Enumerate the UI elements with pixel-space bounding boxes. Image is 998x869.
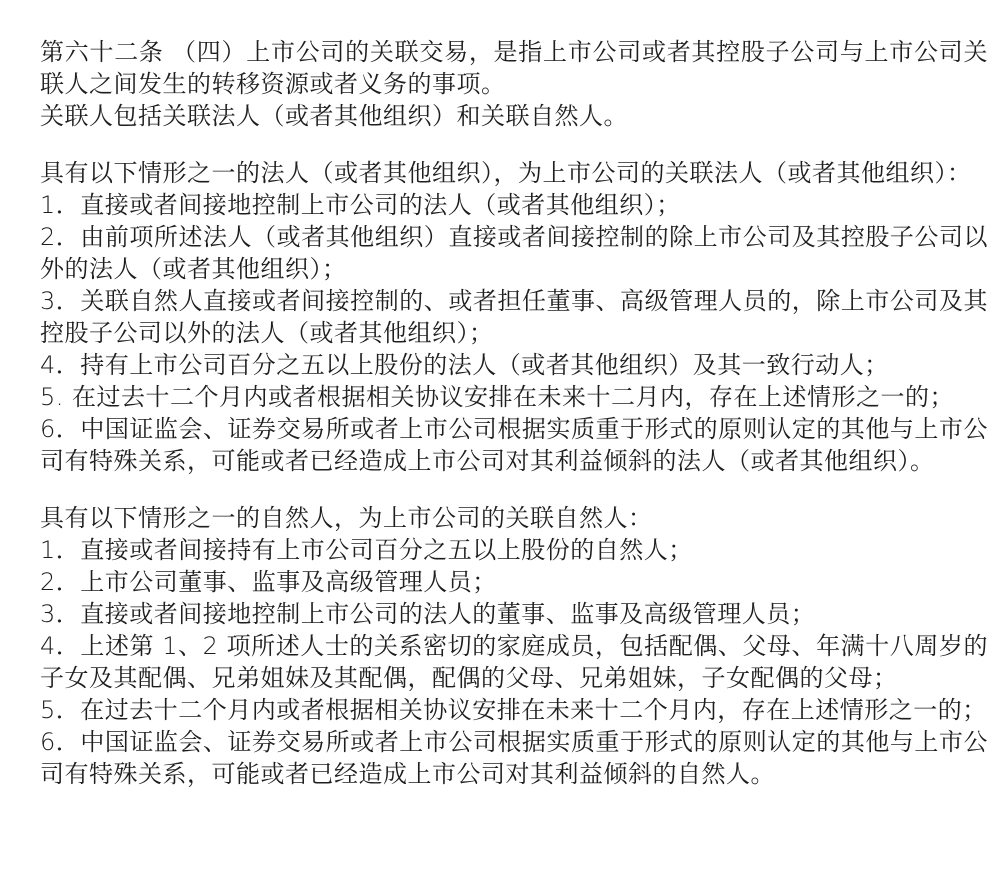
related-legal-person-header: 具有以下情形之一的法人（或者其他组织），为上市公司的关联法人（或者其他组织）：: [40, 157, 988, 189]
legal-person-item-3: 3．关联自然人直接或者间接控制的、或者担任董事、高级管理人员的，除上市公司及其控…: [40, 285, 988, 349]
natural-person-item-4: 4．上述第 1、2 项所述人士的关系密切的家庭成员，包括配偶、父母、年满十八周岁…: [40, 630, 988, 694]
related-party-scope-paragraph: 关联人包括关联法人（或者其他组织）和关联自然人。: [40, 100, 988, 132]
natural-person-item-5: 5．在过去十二个月内或者根据相关协议安排在未来十二个月内，存在上述情形之一的；: [40, 694, 988, 726]
legal-person-item-2: 2．由前项所述法人（或者其他组织）直接或者间接控制的除上市公司及其控股子公司以外…: [40, 221, 988, 285]
natural-person-item-6: 6．中国证监会、证券交易所或者上市公司根据实质重于形式的原则认定的其他与上市公司…: [40, 726, 988, 790]
legal-person-item-4: 4．持有上市公司百分之五以上股份的法人（或者其他组织）及其一致行动人；: [40, 349, 988, 381]
natural-person-item-3: 3．直接或者间接地控制上市公司的法人的董事、监事及高级管理人员；: [40, 598, 988, 630]
related-natural-person-header: 具有以下情形之一的自然人，为上市公司的关联自然人：: [40, 502, 988, 534]
natural-person-item-1: 1．直接或者间接持有上市公司百分之五以上股份的自然人；: [40, 534, 988, 566]
regulation-document: 第六十二条 （四）上市公司的关联交易，是指上市公司或者其控股子公司与上市公司关联…: [0, 0, 998, 790]
legal-person-item-1: 1．直接或者间接地控制上市公司的法人（或者其他组织）；: [40, 189, 988, 221]
natural-person-item-2: 2．上市公司董事、监事及高级管理人员；: [40, 566, 988, 598]
related-natural-person-section: 具有以下情形之一的自然人，为上市公司的关联自然人： 1．直接或者间接持有上市公司…: [40, 502, 988, 790]
article-intro: 第六十二条 （四）上市公司的关联交易，是指上市公司或者其控股子公司与上市公司关联…: [40, 36, 988, 132]
legal-person-item-5: 5. 在过去十二个月内或者根据相关协议安排在未来十二月内，存在上述情形之一的；: [40, 381, 988, 413]
article-62-definition-paragraph: 第六十二条 （四）上市公司的关联交易，是指上市公司或者其控股子公司与上市公司关联…: [40, 36, 988, 100]
legal-person-item-6: 6．中国证监会、证券交易所或者上市公司根据实质重于形式的原则认定的其他与上市公司…: [40, 413, 988, 477]
related-legal-person-section: 具有以下情形之一的法人（或者其他组织），为上市公司的关联法人（或者其他组织）： …: [40, 157, 988, 477]
